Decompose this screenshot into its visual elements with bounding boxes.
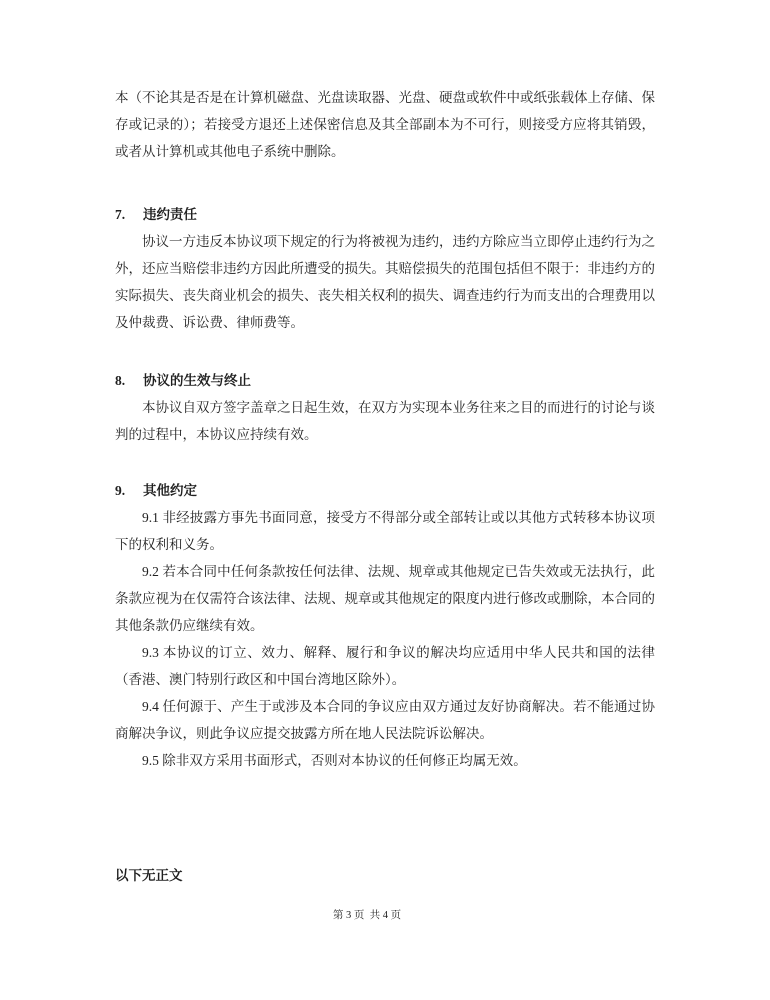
clause-9-3: 9.3 本协议的订立、效力、解释、履行和争议的解决均应适用中华人民共和国的法律（… xyxy=(115,639,655,693)
section-effectiveness-termination: 8.协议的生效与终止 本协议自双方签字盖章之日起生效，在双方为实现本业务往来之目… xyxy=(115,367,655,448)
page-number-footer: 第 3 页 共 4 页 xyxy=(0,906,734,926)
section-7-number: 7. xyxy=(115,201,143,228)
section-9-title: 其他约定 xyxy=(143,483,197,498)
clause-9-5: 9.5 除非双方采用书面形式，否则对本协议的任何修正均属无效。 xyxy=(115,747,655,774)
continuation-paragraph: 本（不论其是否是在计算机磁盘、光盘读取器、光盘、硬盘或软件中或纸张载体上存储、保… xyxy=(115,84,655,165)
document-page: 本（不论其是否是在计算机磁盘、光盘读取器、光盘、硬盘或软件中或纸张载体上存储、保… xyxy=(0,0,770,1000)
section-9-number: 9. xyxy=(115,477,143,504)
section-7-title: 违约责任 xyxy=(143,207,197,222)
end-of-text-note: 以下无正文 xyxy=(115,862,655,889)
clause-9-4: 9.4 任何源于、产生于或涉及本合同的争议应由双方通过友好协商解决。若不能通过协… xyxy=(115,693,655,747)
section-7-paragraph: 协议一方违反本协议项下规定的行为将被视为违约，违约方除应当立即停止违约行为之外，… xyxy=(115,228,655,336)
section-other-provisions: 9.其他约定 9.1 非经披露方事先书面同意，接受方不得部分或全部转让或以其他方… xyxy=(115,477,655,774)
section-8-title: 协议的生效与终止 xyxy=(143,373,251,388)
section-9-heading: 9.其他约定 xyxy=(115,477,655,504)
section-breach-liability: 7.违约责任 协议一方违反本协议项下规定的行为将被视为违约，违约方除应当立即停止… xyxy=(115,201,655,336)
section-7-heading: 7.违约责任 xyxy=(115,201,655,228)
clause-9-1: 9.1 非经披露方事先书面同意，接受方不得部分或全部转让或以其他方式转移本协议项… xyxy=(115,504,655,558)
clause-9-2: 9.2 若本合同中任何条款按任何法律、法规、规章或其他规定已告失效或无法执行，此… xyxy=(115,558,655,639)
section-8-paragraph: 本协议自双方签字盖章之日起生效，在双方为实现本业务往来之目的而进行的讨论与谈判的… xyxy=(115,394,655,448)
section-8-heading: 8.协议的生效与终止 xyxy=(115,367,655,394)
section-8-number: 8. xyxy=(115,367,143,394)
